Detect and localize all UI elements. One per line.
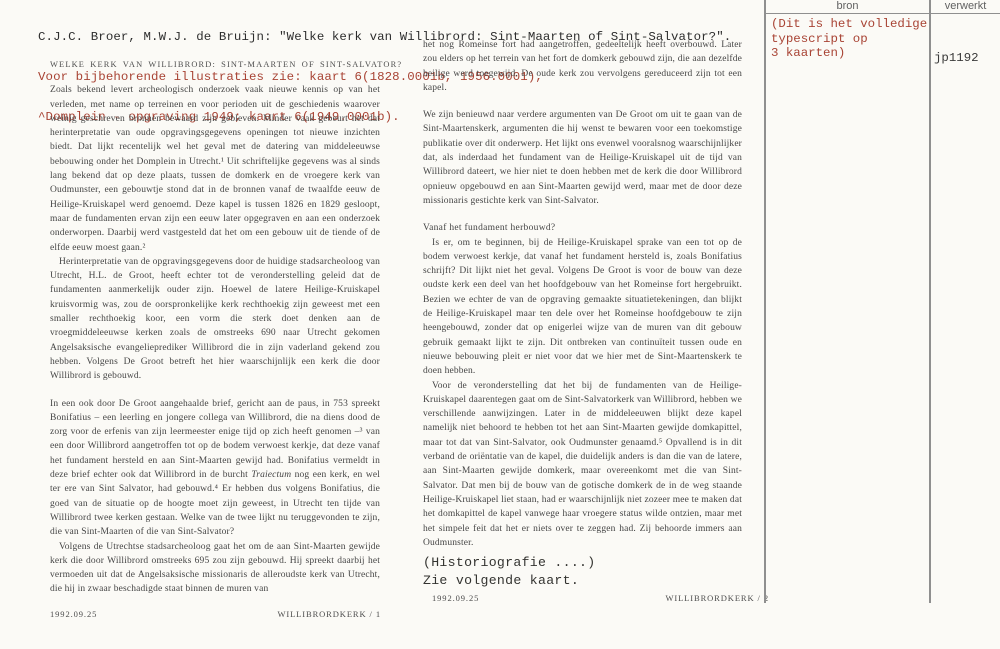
index-panel-left-border <box>764 0 766 603</box>
page-2-footer: 1992.09.25 WILLIBRORDKERK / 2 <box>432 593 769 603</box>
paragraph: Herinterpretatie van de opgravingsgegeve… <box>50 255 380 384</box>
paragraph-text: nog een kerk, en wel ter ere van Sint Sa… <box>50 470 380 537</box>
printed-column-page-1: WELKE KERK VAN WILLIBRORD: SINT-MAARTEN … <box>50 58 380 597</box>
paragraph: Voor de veronderstelling dat het bij de … <box>423 379 742 551</box>
typed-note-next-card: Zie volgende kaart. <box>423 572 742 590</box>
footer-reference: WILLIBRORDKERK / 1 <box>277 609 381 619</box>
paragraph-text: In een ook door De Groot aangehaalde bri… <box>50 399 380 480</box>
section-heading: Vanaf het fundament herbouwd? <box>423 221 742 235</box>
paragraph: We zijn benieuwd naar verdere argumenten… <box>423 108 742 208</box>
index-panel-header-rule <box>764 13 1000 14</box>
footer-reference: WILLIBRORDKERK / 2 <box>665 593 769 603</box>
index-panel-bron-header: bron <box>766 0 929 12</box>
index-panel-verwerkt-header: verwerkt <box>931 0 1000 12</box>
paragraph: In een ook door De Groot aangehaalde bri… <box>50 397 380 540</box>
typed-note-historiografie: (Historiografie ....) <box>423 554 742 572</box>
article-title: WELKE KERK VAN WILLIBRORD: SINT-MAARTEN … <box>50 58 380 72</box>
paragraph: het nog Romeinse fort had aangetroffen, … <box>423 38 742 95</box>
latin-place-name: Traiectum <box>251 470 291 480</box>
index-panel-column-divider <box>929 0 931 603</box>
index-panel-bron-note: (Dit is het volledige typescript op 3 ka… <box>771 17 931 61</box>
scanned-typescript-card: C.J.C. Broer, M.W.J. de Bruijn: "Welke k… <box>0 0 1000 649</box>
paragraph: Volgens de Utrechtse stadsarcheoloog gaa… <box>50 540 380 597</box>
printed-column-page-2: het nog Romeinse fort had aangetroffen, … <box>423 38 742 590</box>
paragraph: Zoals bekend levert archeologisch onderz… <box>50 83 380 255</box>
footer-date: 1992.09.25 <box>432 593 479 603</box>
index-panel-verwerkt-value: jp1192 <box>934 51 979 65</box>
page-1-footer: 1992.09.25 WILLIBRORDKERK / 1 <box>50 609 381 619</box>
paragraph: Is er, om te beginnen, bij de Heilige-Kr… <box>423 236 742 379</box>
footer-date: 1992.09.25 <box>50 609 97 619</box>
